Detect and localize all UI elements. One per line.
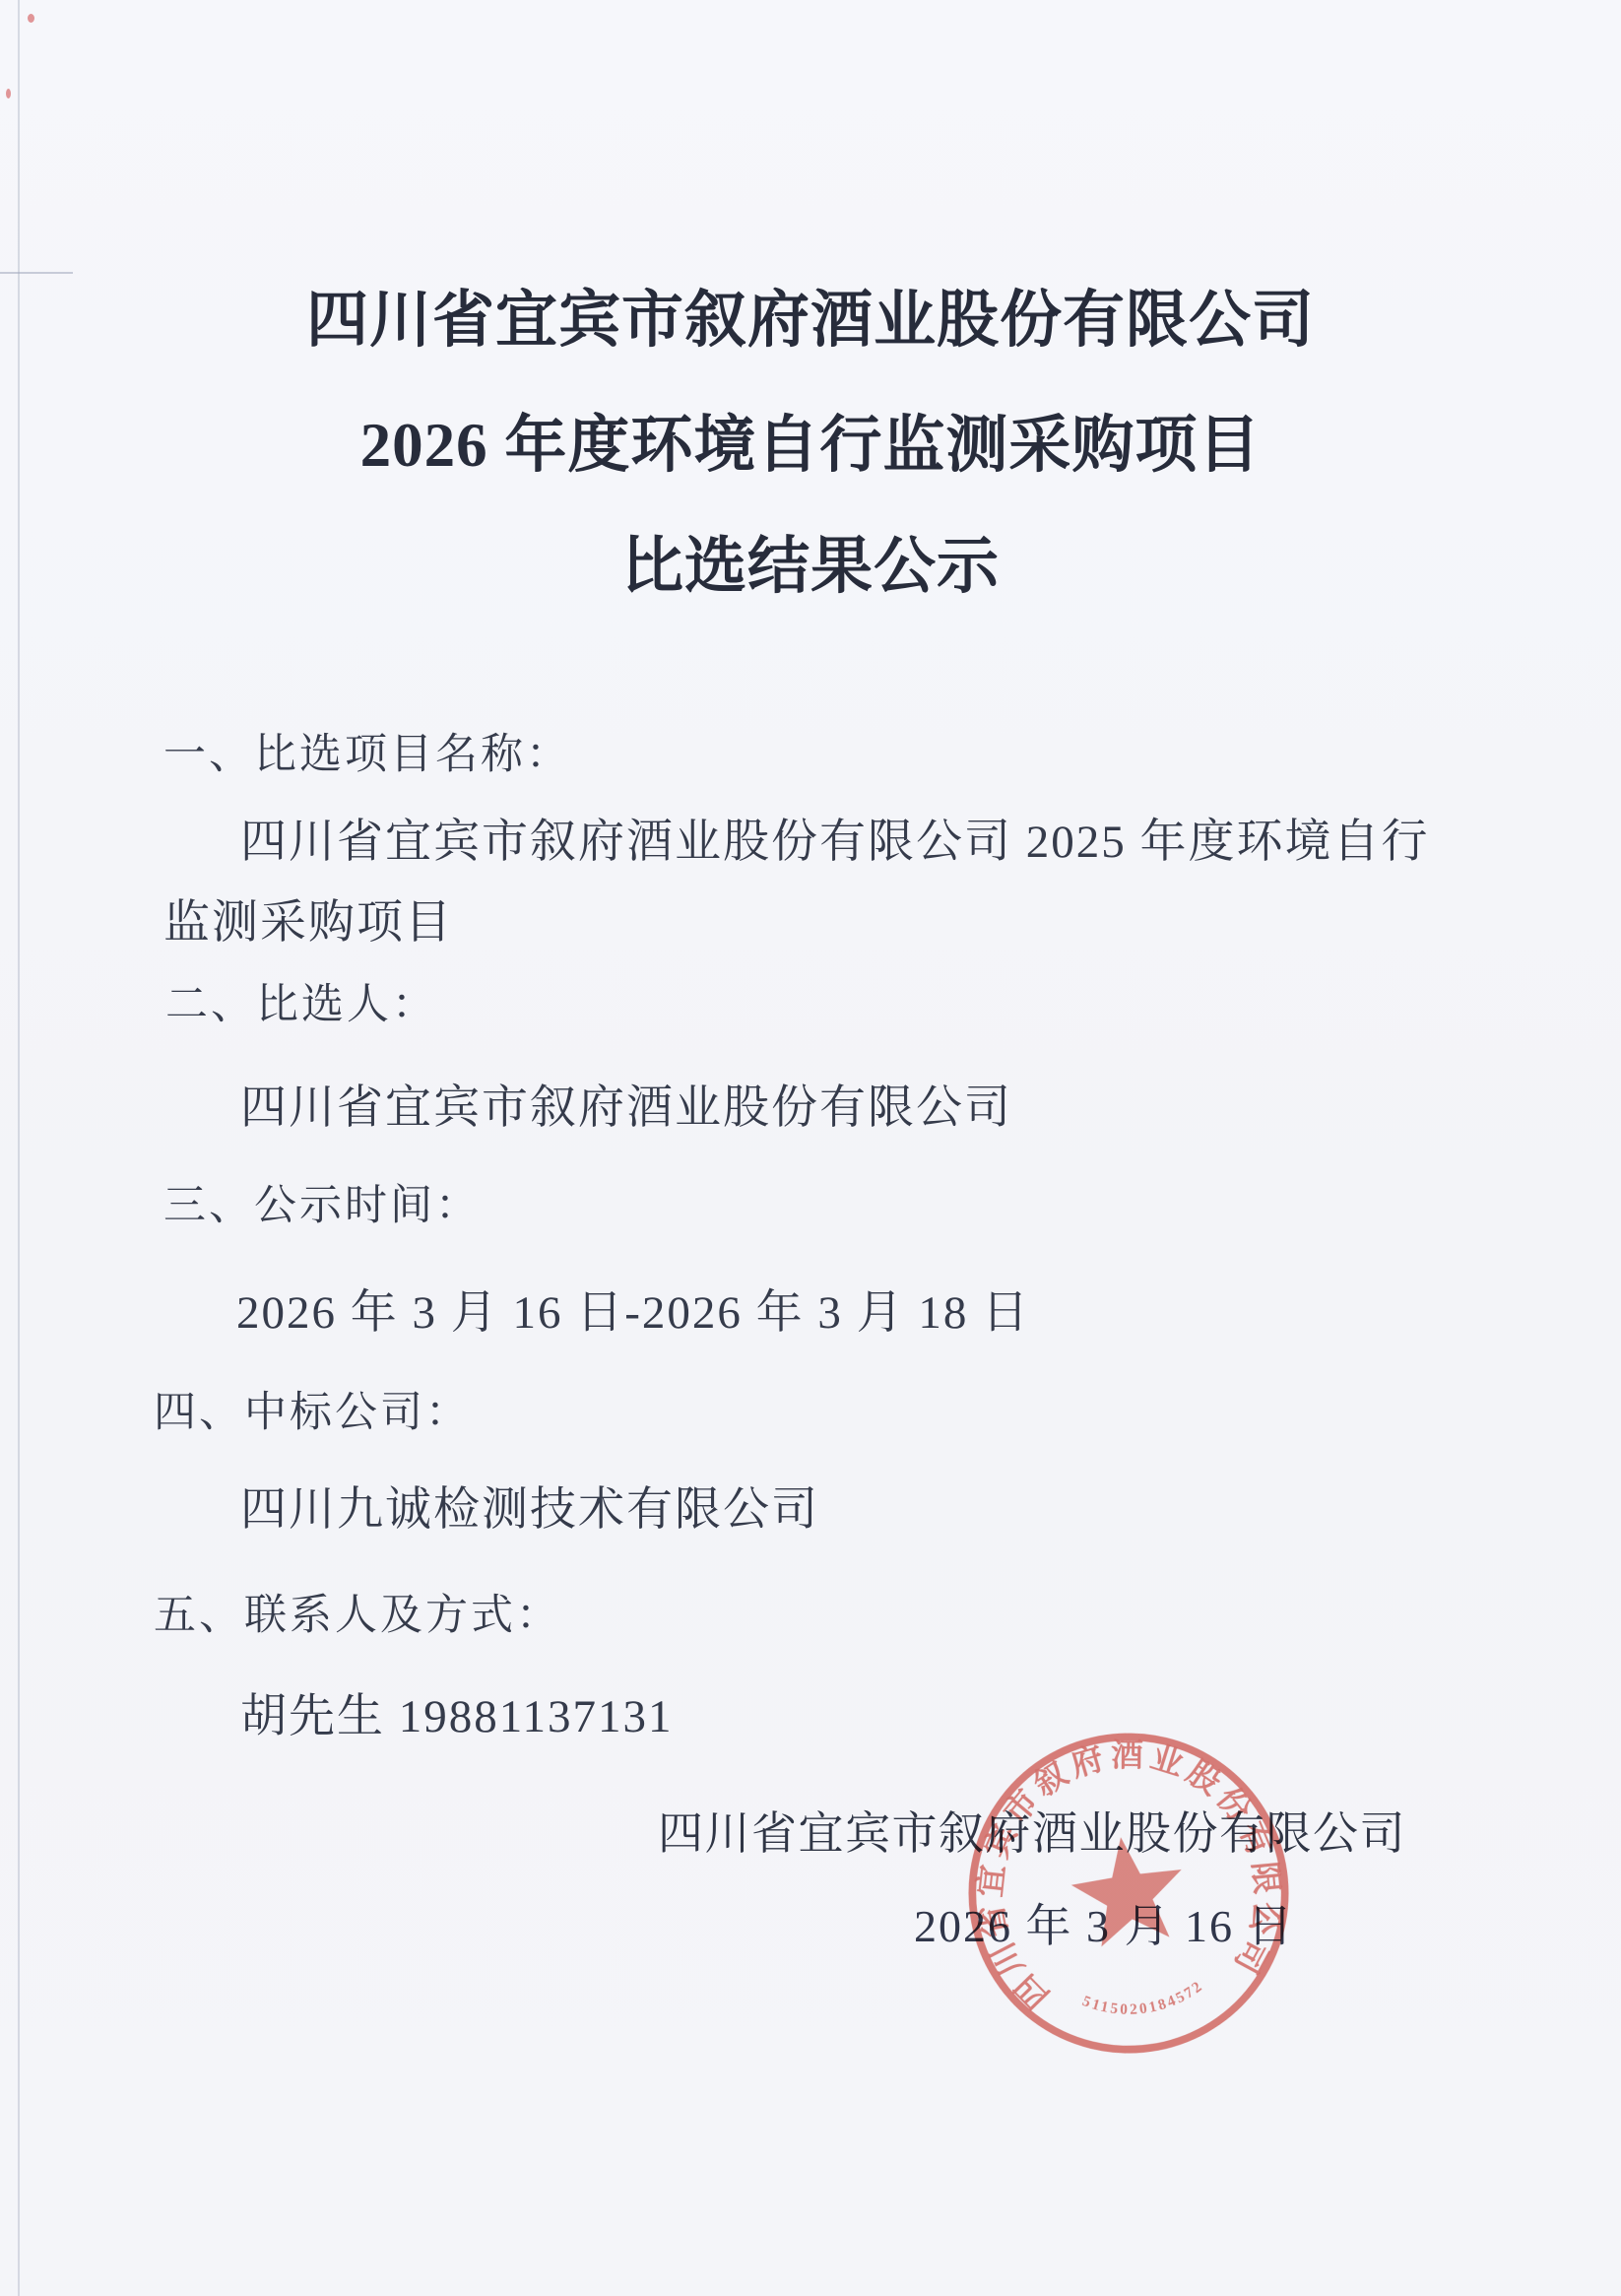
- document-title-line-2: 2026 年度环境自行监测采购项目: [0, 409, 1621, 482]
- ink-speck: [28, 14, 34, 23]
- section-2-paragraph: 四川省宜宾市叙府酒业股份有限公司: [240, 1082, 1012, 1135]
- section-5-heading: 五、联系人及方式：: [154, 1592, 561, 1640]
- scan-artifact-line: [0, 272, 73, 274]
- section-2-heading: 二、比选人：: [165, 981, 437, 1029]
- section-3-heading: 三、公示时间：: [163, 1182, 481, 1230]
- seal-star-icon: [1066, 1829, 1191, 1949]
- section-5-paragraph: 胡先生 19881137131: [240, 1690, 674, 1743]
- seal-code-text-path: 5115020184572: [1078, 1976, 1209, 2026]
- section-4-heading: 四、中标公司：: [154, 1389, 471, 1437]
- section-3-paragraph: 2026 年 3 月 16 日-2026 年 3 月 18 日: [236, 1286, 1030, 1340]
- scanned-document-page: { "document": { "title_lines": [ "四川省宜宾市…: [0, 0, 1621, 2296]
- section-1-heading: 一、比选项目名称：: [163, 731, 571, 779]
- document-title-line-1: 四川省宜宾市叙府酒业股份有限公司: [0, 284, 1621, 357]
- section-4-paragraph: 四川九诚检测技术有限公司: [240, 1483, 819, 1537]
- official-company-seal: 四川省宜宾市叙府酒业股份有限公司 5115020184572: [935, 1699, 1322, 2086]
- seal-code-text: 5115020184572: [1078, 1976, 1209, 2026]
- section-1-paragraph-line-1: 四川省宜宾市叙府酒业股份有限公司 2025 年度环境自行: [240, 816, 1430, 869]
- section-1-paragraph-line-2: 监测采购项目: [163, 896, 453, 950]
- ink-speck: [6, 89, 11, 98]
- document-title-line-3: 比选结果公示: [0, 530, 1621, 603]
